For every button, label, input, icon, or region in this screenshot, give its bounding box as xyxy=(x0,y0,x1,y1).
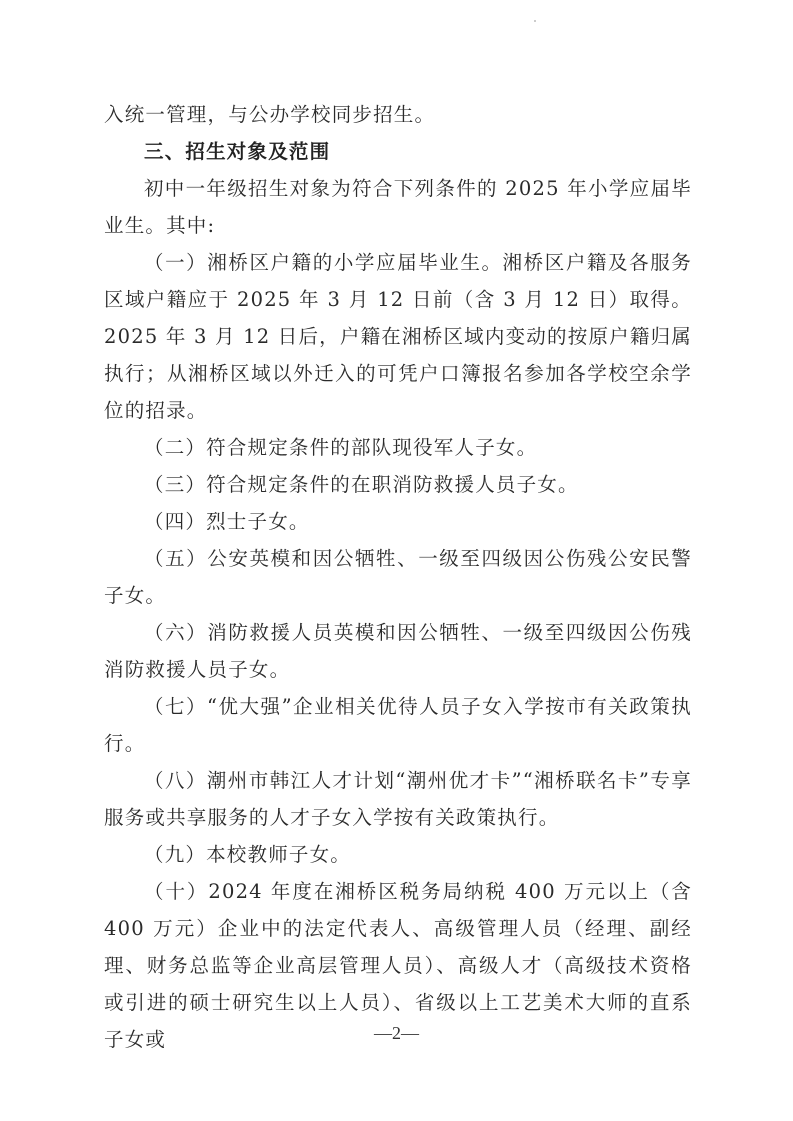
list-item-1: （一）湘桥区户籍的小学应届毕业生。湘桥区户籍及各服务区域户籍应于 2025 年 … xyxy=(104,244,692,429)
list-item-6: （六）消防救援人员英模和因公牺牲、一级至四级因公伤残消防救援人员子女。 xyxy=(104,614,692,688)
list-item-8: （八）潮州市韩江人才计划“潮州优才卡”“湘桥联名卡”专享服务或共享服务的人才子女… xyxy=(104,762,692,836)
list-item-5: （五）公安英模和因公牺牲、一级至四级因公伤残公安民警子女。 xyxy=(104,540,692,614)
intro-paragraph: 初中一年级招生对象为符合下列条件的 2025 年小学应届毕业生。其中: xyxy=(104,170,692,244)
list-item-3: （三）符合规定条件的在职消防救援人员子女。 xyxy=(104,466,692,503)
document-page: 入统一管理，与公办学校同步招生。 三、招生对象及范围 初中一年级招生对象为符合下… xyxy=(104,96,692,1058)
section-heading: 三、招生对象及范围 xyxy=(104,133,692,170)
page-number: —2— xyxy=(0,1023,793,1044)
list-item-4: （四）烈士子女。 xyxy=(104,503,692,540)
list-item-2: （二）符合规定条件的部队现役军人子女。 xyxy=(104,429,692,466)
continuation-paragraph: 入统一管理，与公办学校同步招生。 xyxy=(104,96,692,133)
list-item-7: （七）“优大强”企业相关优待人员子女入学按市有关政策执行。 xyxy=(104,688,692,762)
list-item-9: （九）本校教师子女。 xyxy=(104,836,692,873)
scan-speck xyxy=(534,20,536,22)
